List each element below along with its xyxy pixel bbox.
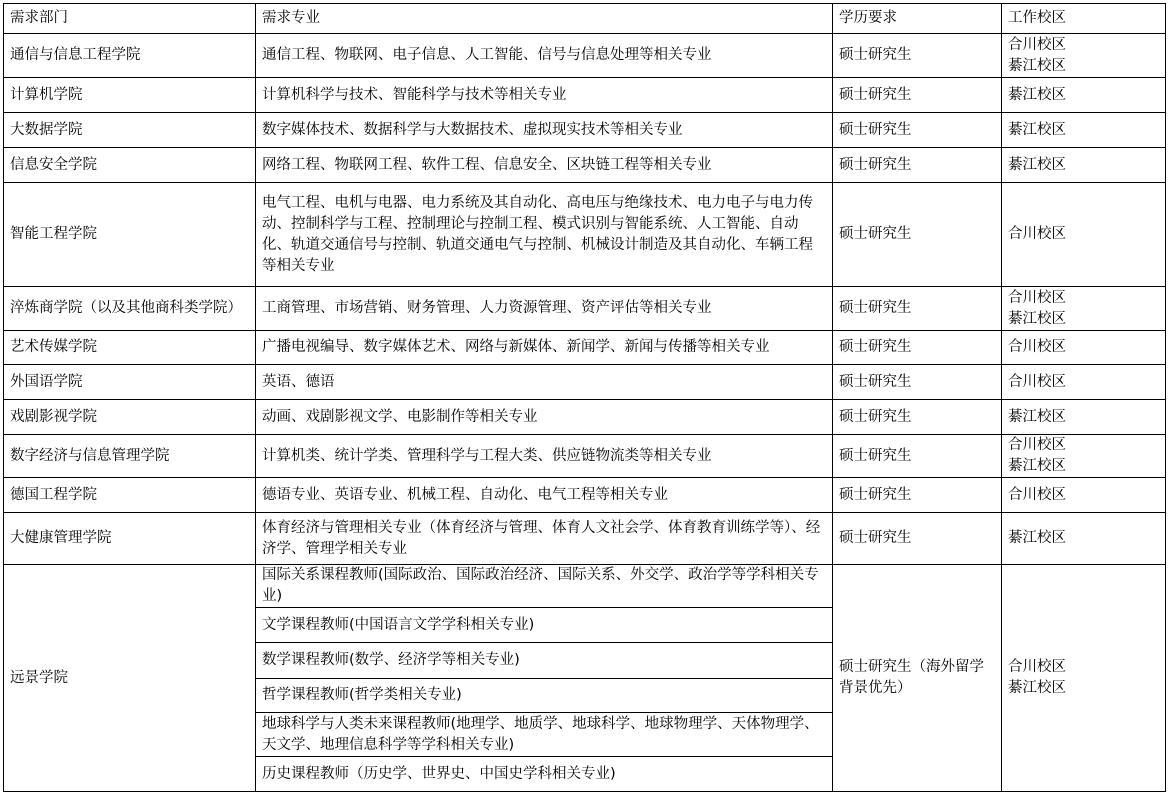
major-cell: 通信工程、物联网、电子信息、人工智能、信号与信息处理等相关专业 [256, 34, 833, 78]
degree-cell: 硕士研究生 [833, 365, 1002, 400]
dept-cell: 艺术传媒学院 [4, 331, 256, 365]
table-row: 大数据学院数字媒体技术、数据科学与大数据技术、虚拟现实技术等相关专业硕士研究生綦… [4, 113, 1166, 148]
table-row: 戏剧影视学院动画、戏剧影视文学、电影制作等相关专业硕士研究生綦江校区 [4, 400, 1166, 435]
campus-cell: 綦江校区 [1002, 113, 1166, 148]
degree-cell: 硕士研究生 [833, 148, 1002, 183]
degree-cell: 硕士研究生 [833, 287, 1002, 331]
table-row: 计算机学院计算机科学与技术、智能科学与技术等相关专业硕士研究生綦江校区 [4, 78, 1166, 113]
major-cell: 国际关系课程教师(国际政治、国际政治经济、国际关系、外交学、政治学等学科相关专业… [256, 565, 833, 608]
campus-cell: 合川校区 [1002, 183, 1166, 287]
campus-name: 合川校区 [1008, 657, 1159, 678]
major-cell: 工商管理、市场营销、财务管理、人力资源管理、资产评估等相关专业 [256, 287, 833, 331]
major-cell: 网络工程、物联网工程、软件工程、信息安全、区块链工程等相关专业 [256, 148, 833, 183]
table-row: 智能工程学院电气工程、电机与电器、电力系统及其自动化、高电压与绝缘技术、电力电子… [4, 183, 1166, 287]
table-row: 远景学院国际关系课程教师(国际政治、国际政治经济、国际关系、外交学、政治学等学科… [4, 565, 1166, 608]
degree-cell: 硕士研究生 [833, 78, 1002, 113]
dept-cell: 智能工程学院 [4, 183, 256, 287]
table-row: 数字经济与信息管理学院计算机类、统计学类、管理科学与工程大类、供应链物流类等相关… [4, 435, 1166, 478]
header-row: 需求部门 需求专业 学历要求 工作校区 [4, 4, 1166, 34]
degree-cell: 硕士研究生 [833, 183, 1002, 287]
degree-cell: 硕士研究生 [833, 331, 1002, 365]
major-cell: 广播电视编导、数字媒体艺术、网络与新媒体、新闻学、新闻与传播等相关专业 [256, 331, 833, 365]
campus-name: 合川校区 [1008, 372, 1159, 393]
major-cell: 动画、戏剧影视文学、电影制作等相关专业 [256, 400, 833, 435]
table-row: 淬炼商学院（以及其他商科类学院）工商管理、市场营销、财务管理、人力资源管理、资产… [4, 287, 1166, 331]
table-row: 大健康管理学院体育经济与管理相关专业（体育经济与管理、体育人文社会学、体育教育训… [4, 513, 1166, 565]
header-degree: 学历要求 [833, 4, 1002, 34]
campus-cell: 綦江校区 [1002, 400, 1166, 435]
degree-cell: 硕士研究生 [833, 478, 1002, 513]
major-cell: 德语专业、英语专业、机械工程、自动化、电气工程等相关专业 [256, 478, 833, 513]
major-cell: 体育经济与管理相关专业（体育经济与管理、体育人文社会学、体育教育训练学等）、经济… [256, 513, 833, 565]
table-row: 外国语学院英语、德语硕士研究生合川校区 [4, 365, 1166, 400]
dept-cell: 通信与信息工程学院 [4, 34, 256, 78]
major-cell: 计算机类、统计学类、管理科学与工程大类、供应链物流类等相关专业 [256, 435, 833, 478]
campus-name: 綦江校区 [1008, 85, 1159, 106]
major-cell: 英语、德语 [256, 365, 833, 400]
campus-name: 合川校区 [1008, 337, 1159, 358]
dept-cell: 外国语学院 [4, 365, 256, 400]
campus-cell: 合川校区 [1002, 365, 1166, 400]
campus-name: 合川校区 [1008, 35, 1159, 56]
campus-cell: 合川校区綦江校区 [1002, 34, 1166, 78]
campus-cell: 合川校区綦江校区 [1002, 435, 1166, 478]
dept-cell: 德国工程学院 [4, 478, 256, 513]
table-row: 通信与信息工程学院通信工程、物联网、电子信息、人工智能、信号与信息处理等相关专业… [4, 34, 1166, 78]
campus-name: 綦江校区 [1008, 528, 1159, 549]
major-cell: 地球科学与人类未来课程教师(地理学、地质学、地球科学、地球物理学、天体物理学、天… [256, 713, 833, 757]
table-row: 德国工程学院德语专业、英语专业、机械工程、自动化、电气工程等相关专业硕士研究生合… [4, 478, 1166, 513]
campus-cell: 綦江校区 [1002, 513, 1166, 565]
campus-name: 綦江校区 [1008, 155, 1159, 176]
campus-cell: 合川校区 [1002, 478, 1166, 513]
major-cell: 数学课程教师(数学、经济学等相关专业) [256, 643, 833, 679]
campus-cell: 綦江校区 [1002, 78, 1166, 113]
degree-cell: 硕士研究生 [833, 513, 1002, 565]
dept-cell: 信息安全学院 [4, 148, 256, 183]
campus-cell: 合川校区綦江校区 [1002, 565, 1166, 792]
header-dept: 需求部门 [4, 4, 256, 34]
degree-cell: 硕士研究生 [833, 400, 1002, 435]
campus-cell: 合川校区綦江校区 [1002, 287, 1166, 331]
campus-name: 綦江校区 [1008, 456, 1159, 477]
major-cell: 历史课程教师（历史学、世界史、中国史学科相关专业) [256, 757, 833, 792]
dept-cell: 戏剧影视学院 [4, 400, 256, 435]
degree-cell: 硕士研究生 [833, 435, 1002, 478]
header-major: 需求专业 [256, 4, 833, 34]
dept-cell: 数字经济与信息管理学院 [4, 435, 256, 478]
major-cell: 文学课程教师(中国语言文学学科相关专业) [256, 608, 833, 643]
major-cell: 数字媒体技术、数据科学与大数据技术、虚拟现实技术等相关专业 [256, 113, 833, 148]
campus-name: 綦江校区 [1008, 120, 1159, 141]
campus-cell: 合川校区 [1002, 331, 1166, 365]
major-cell: 哲学课程教师(哲学类相关专业) [256, 679, 833, 713]
header-campus: 工作校区 [1002, 4, 1166, 34]
degree-cell: 硕士研究生 [833, 113, 1002, 148]
major-cell: 计算机科学与技术、智能科学与技术等相关专业 [256, 78, 833, 113]
campus-name: 合川校区 [1008, 288, 1159, 309]
dept-cell: 远景学院 [4, 565, 256, 792]
table-row: 艺术传媒学院广播电视编导、数字媒体艺术、网络与新媒体、新闻学、新闻与传播等相关专… [4, 331, 1166, 365]
campus-cell: 綦江校区 [1002, 148, 1166, 183]
campus-name: 合川校区 [1008, 485, 1159, 506]
dept-cell: 大健康管理学院 [4, 513, 256, 565]
campus-name: 綦江校区 [1008, 56, 1159, 77]
campus-name: 綦江校区 [1008, 309, 1159, 330]
campus-name: 綦江校区 [1008, 407, 1159, 428]
major-cell: 电气工程、电机与电器、电力系统及其自动化、高电压与绝缘技术、电力电子与电力传动、… [256, 183, 833, 287]
dept-cell: 淬炼商学院（以及其他商科类学院） [4, 287, 256, 331]
degree-cell: 硕士研究生 [833, 34, 1002, 78]
campus-name: 綦江校区 [1008, 678, 1159, 699]
dept-cell: 大数据学院 [4, 113, 256, 148]
dept-cell: 计算机学院 [4, 78, 256, 113]
degree-cell: 硕士研究生（海外留学背景优先） [833, 565, 1002, 792]
table-row: 信息安全学院网络工程、物联网工程、软件工程、信息安全、区块链工程等相关专业硕士研… [4, 148, 1166, 183]
recruitment-table: 需求部门 需求专业 学历要求 工作校区 通信与信息工程学院通信工程、物联网、电子… [3, 3, 1166, 792]
campus-name: 合川校区 [1008, 435, 1159, 456]
campus-name: 合川校区 [1008, 224, 1159, 245]
